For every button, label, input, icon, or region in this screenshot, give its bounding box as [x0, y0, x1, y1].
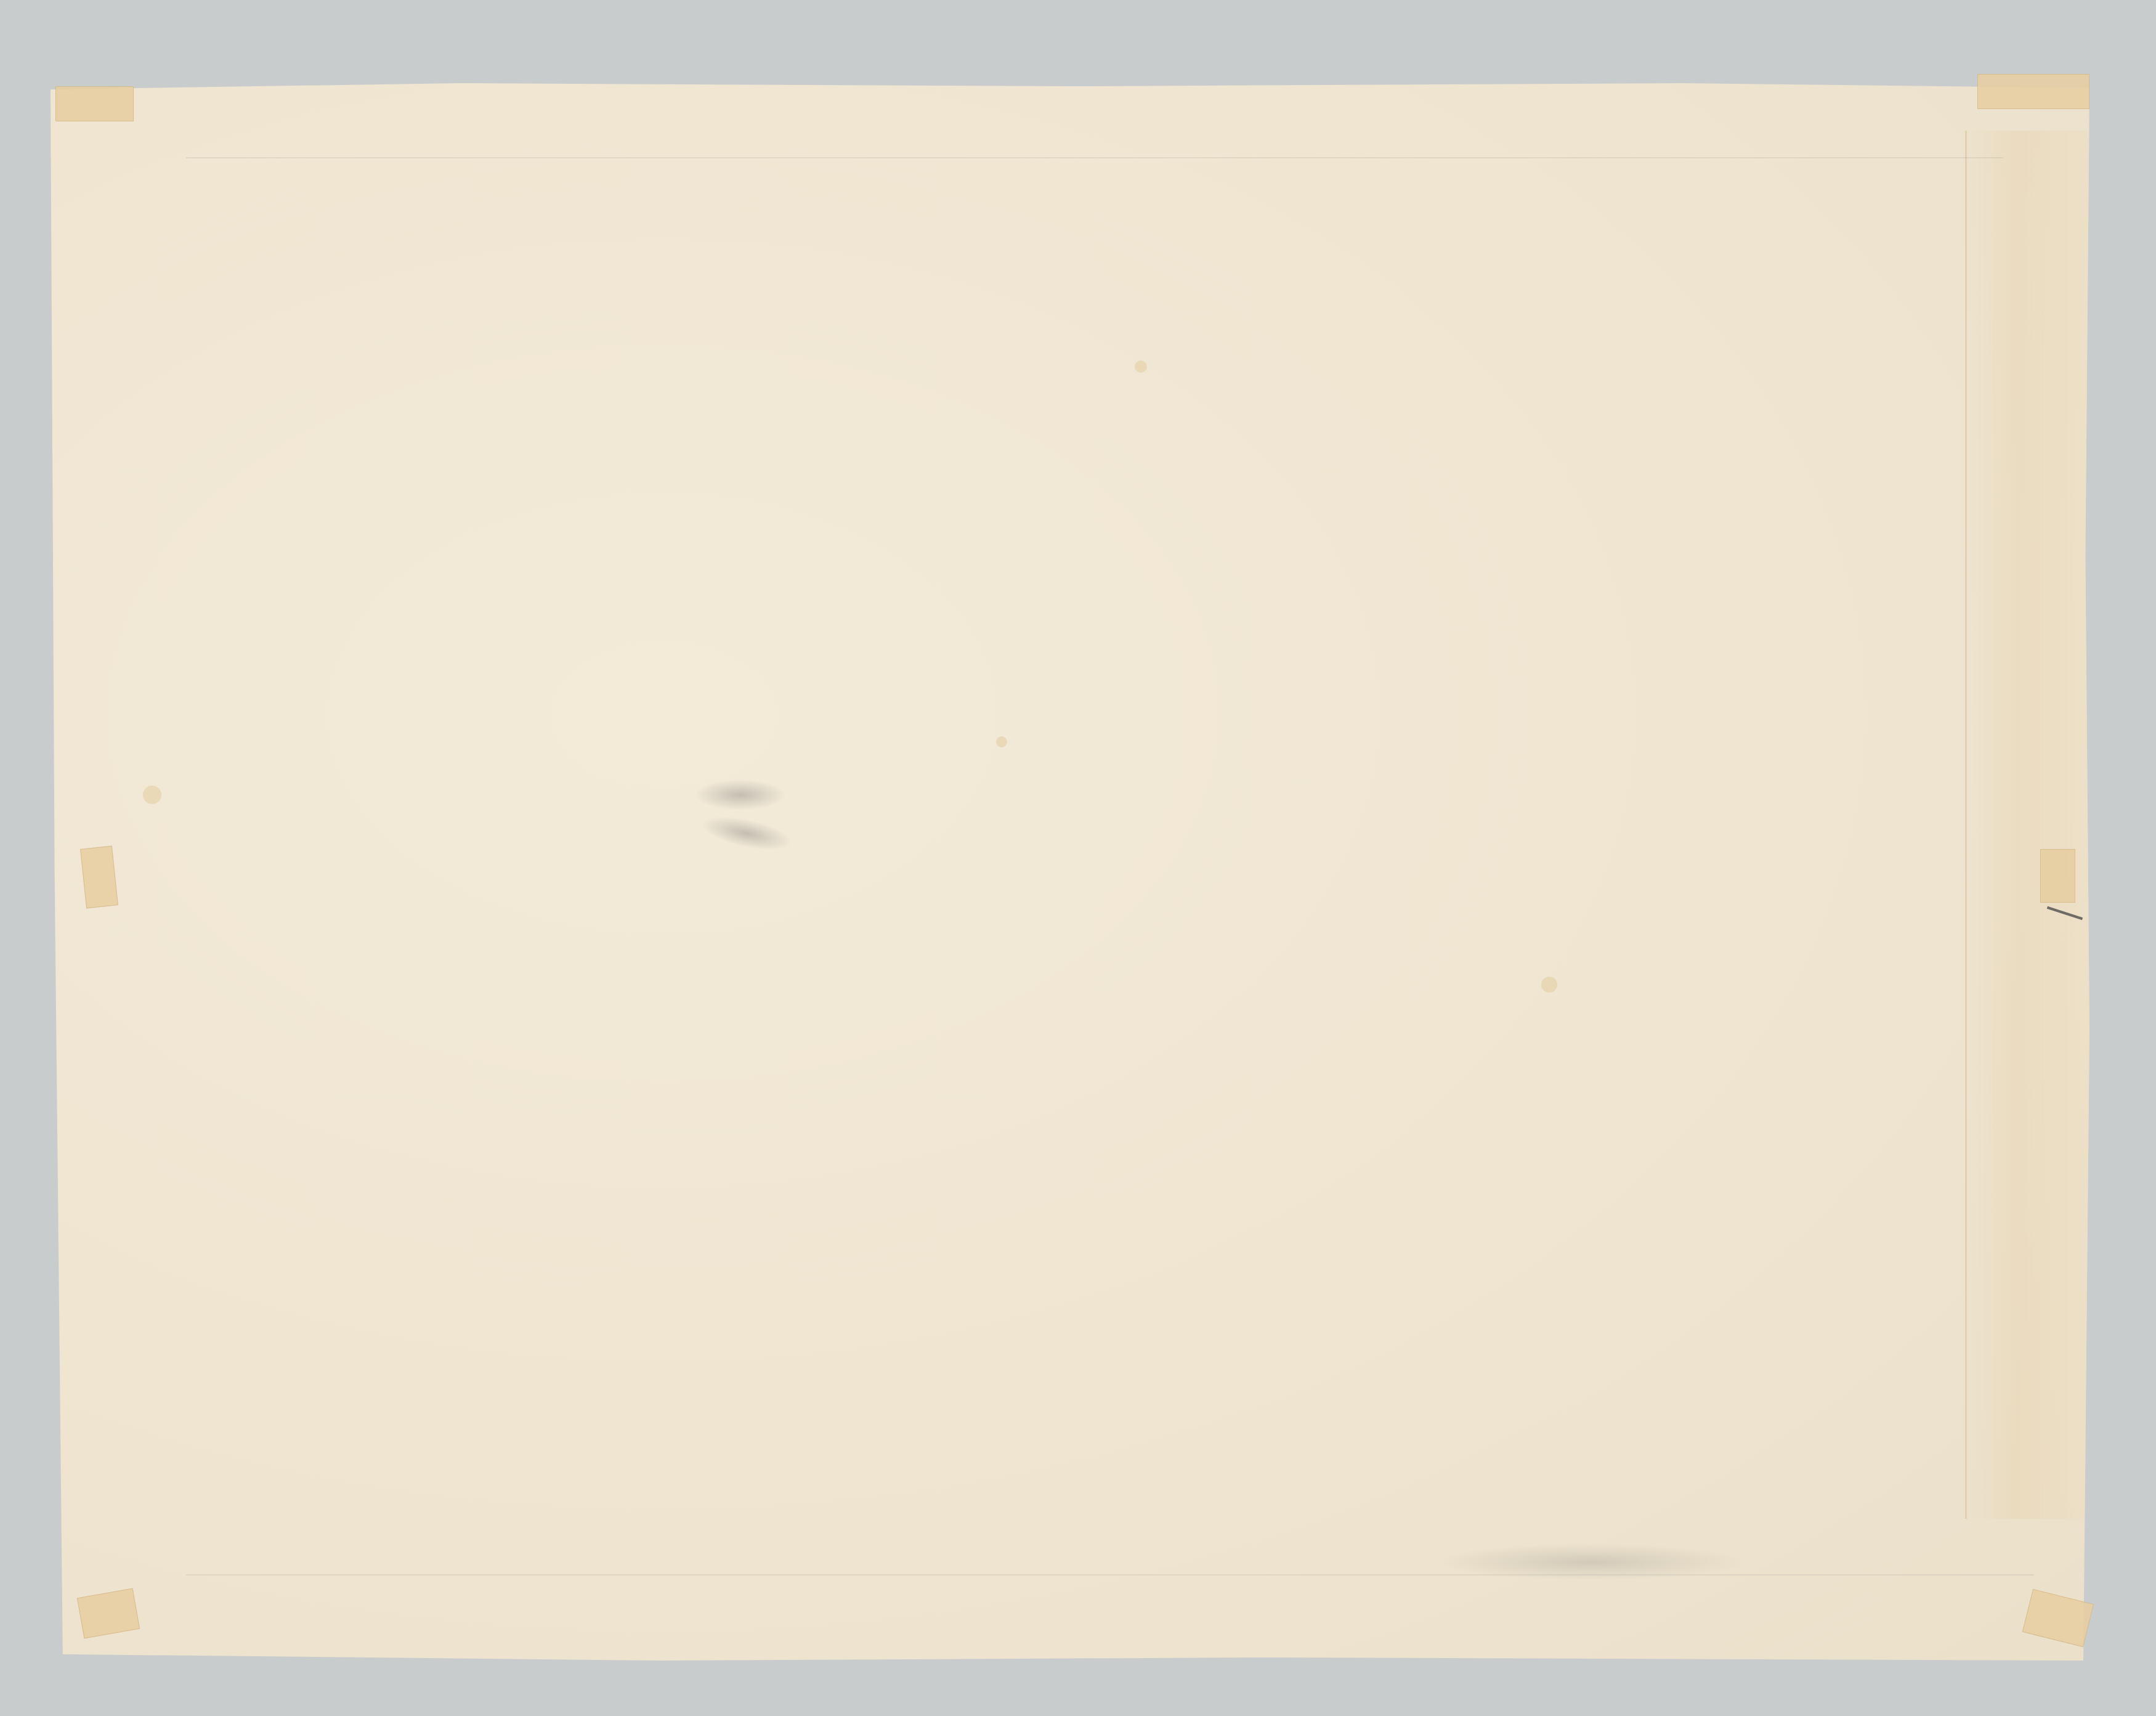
photograph: [0, 0, 2156, 1716]
foxing-spot: [1135, 360, 1147, 373]
foxing-spot: [996, 736, 1007, 747]
tape-top-left: [55, 86, 134, 121]
smudge-lower: [699, 810, 795, 856]
smudge-upper: [694, 779, 787, 810]
paper-sheet: [51, 83, 2089, 1661]
faint-line-top: [186, 157, 2003, 158]
faint-line-bottom: [186, 1574, 2034, 1576]
water-stain: [1965, 131, 2089, 1519]
tape-left-middle: [80, 846, 118, 909]
foxing-spot: [1541, 977, 1557, 993]
tape-top-right: [1977, 74, 2089, 109]
foxing-spot: [143, 786, 161, 804]
smudge-bottom: [1437, 1543, 1745, 1580]
tape-right-middle: [2040, 849, 2075, 903]
